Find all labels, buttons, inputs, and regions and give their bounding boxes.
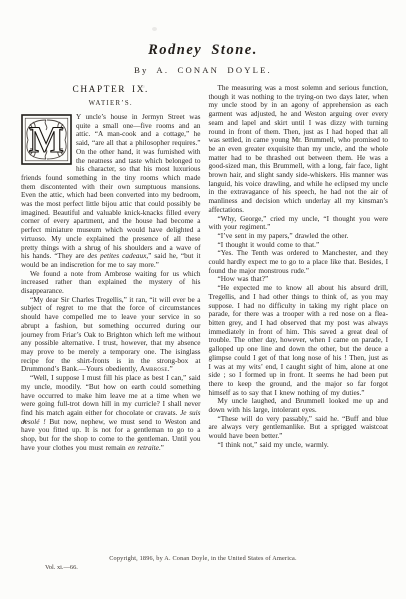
drop-cap: M: [21, 114, 72, 165]
paragraph: “He expected me to know all about his ab…: [209, 284, 389, 397]
page-title: Rodney Stone.: [0, 42, 406, 59]
footer-volume: Vol. xi.—66.: [45, 564, 78, 571]
paragraph: “I think not,” said my uncle, warmly.: [209, 441, 389, 450]
ink-speck: [23, 420, 26, 423]
text-segment: des petites cadeaux: [87, 252, 146, 260]
chapter-heading: CHAPTER IX.: [21, 85, 201, 95]
text-segment: en retraite: [128, 444, 159, 452]
text-segment: “My dear Sir Charles Tregellis,” it ran,…: [21, 296, 201, 374]
text-segment: “Yes. The Tenth was ordered to Mancheste…: [209, 249, 389, 274]
text-segment: But now, nephew, we must send to Weston …: [21, 418, 201, 452]
text-segment: .”: [159, 444, 164, 452]
text-segment: “Why, George,” cried my uncle, “I though…: [209, 215, 389, 232]
drop-cap-letter: M: [29, 120, 64, 161]
paragraph: The measuring was a most solemn and seri…: [209, 84, 389, 215]
paragraph: M Y uncle’s house in Jermyn Street was q…: [21, 113, 201, 270]
footer-copyright: Copyright, 1896, by A. Conan Doyle, in t…: [0, 555, 406, 562]
text-columns: CHAPTER IX. Watier’s. M Y uncle’s house …: [21, 84, 388, 552]
text-segment: .”: [168, 365, 173, 373]
paragraph: My uncle laughed, and Brummell looked me…: [209, 397, 389, 414]
paragraph: “Why, George,” cried my uncle, “I though…: [209, 215, 389, 232]
text-segment: “These will do very passably,” said he. …: [209, 415, 389, 440]
paragraph: “These will do very passably,” said he. …: [209, 415, 389, 441]
right-column-text: The measuring was a most solemn and seri…: [209, 84, 389, 450]
text-segment: “I think not,” said my uncle, warmly.: [218, 441, 329, 449]
text-segment: The measuring was a most solemn and seri…: [209, 84, 389, 214]
paragraph: “Well, I suppose I must fill his place a…: [21, 374, 201, 452]
paper-smudge: [152, 27, 157, 31]
byline: By A. CONAN DOYLE.: [0, 65, 406, 75]
text-segment: “I’ve sent in my papers,” drawled the ot…: [218, 232, 349, 240]
paragraph: “How was that?”: [209, 275, 389, 284]
left-column: CHAPTER IX. Watier’s. M Y uncle’s house …: [21, 84, 201, 552]
text-segment: My uncle laughed, and Brummell looked me…: [209, 397, 389, 414]
text-segment: We found a note from Ambrose waiting for…: [21, 270, 201, 295]
paragraph: We found a note from Ambrose waiting for…: [21, 270, 201, 296]
text-segment: “He expected me to know all about his ab…: [209, 284, 389, 396]
paragraph: “Yes. The Tenth was ordered to Mancheste…: [209, 249, 389, 275]
right-column: The measuring was a most solemn and seri…: [209, 84, 389, 552]
text-segment: “How was that?”: [218, 275, 269, 283]
text-segment: “I thought it would come to that.”: [218, 241, 320, 249]
paragraph: “I thought it would come to that.”: [209, 241, 389, 250]
paragraph: “I’ve sent in my papers,” drawled the ot…: [209, 232, 389, 241]
text-segment: “Well, I suppose I must fill his place a…: [21, 374, 201, 417]
left-column-text: M Y uncle’s house in Jermyn Street was q…: [21, 113, 201, 452]
paragraph: “My dear Sir Charles Tregellis,” it ran,…: [21, 296, 201, 374]
text-segment: Ambrose: [140, 365, 168, 373]
magazine-page: Rodney Stone. By A. CONAN DOYLE. CHAPTER…: [0, 0, 406, 599]
section-heading: Watier’s.: [21, 100, 201, 107]
